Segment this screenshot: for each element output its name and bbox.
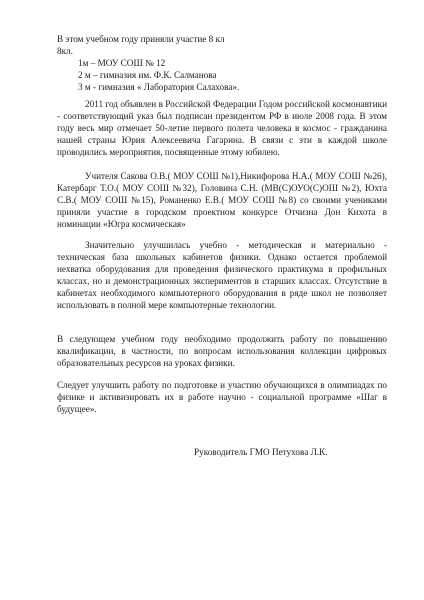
intro-line: В этом учебном году приняли участие 8 кл <box>57 33 225 45</box>
paragraph-cosmonautics: 2011 год объявлен в Российской Федерации… <box>57 98 387 158</box>
paragraph-cosmonautics-text: 2011 год объявлен в Российской Федерации… <box>57 98 387 158</box>
paragraph-equipment-text: Значительно улучшилась учебно - методиче… <box>57 239 387 311</box>
result-place-2: 2 м – гимназия им. Ф.К. Салманова <box>78 69 217 81</box>
paragraph-next-year: В следующем учебном году необходимо прод… <box>57 333 387 369</box>
signature: Руководитель ГМО Петухова Л.К. <box>194 446 328 458</box>
paragraph-equipment: Значительно улучшилась учебно - методиче… <box>57 239 387 311</box>
paragraph-olympiads-text: Следует улучшить работу по подготовке и … <box>57 379 387 415</box>
paragraph-teachers: Учителя Сакова О.В.( МОУ СОШ №1),Никифор… <box>57 170 387 230</box>
paragraph-olympiads: Следует улучшить работу по подготовке и … <box>57 379 387 415</box>
paragraph-teachers-text: Учителя Сакова О.В.( МОУ СОШ №1),Никифор… <box>57 170 387 230</box>
document-page: В этом учебном году приняли участие 8 кл… <box>0 0 424 600</box>
intro-class: 8кл. <box>57 45 73 57</box>
result-place-3: 3 м - гимназия « Лаборатория Салахова». <box>78 81 239 93</box>
result-place-1: 1м – МОУ СОШ № 12 <box>78 57 165 69</box>
paragraph-next-year-text: В следующем учебном году необходимо прод… <box>57 333 387 369</box>
